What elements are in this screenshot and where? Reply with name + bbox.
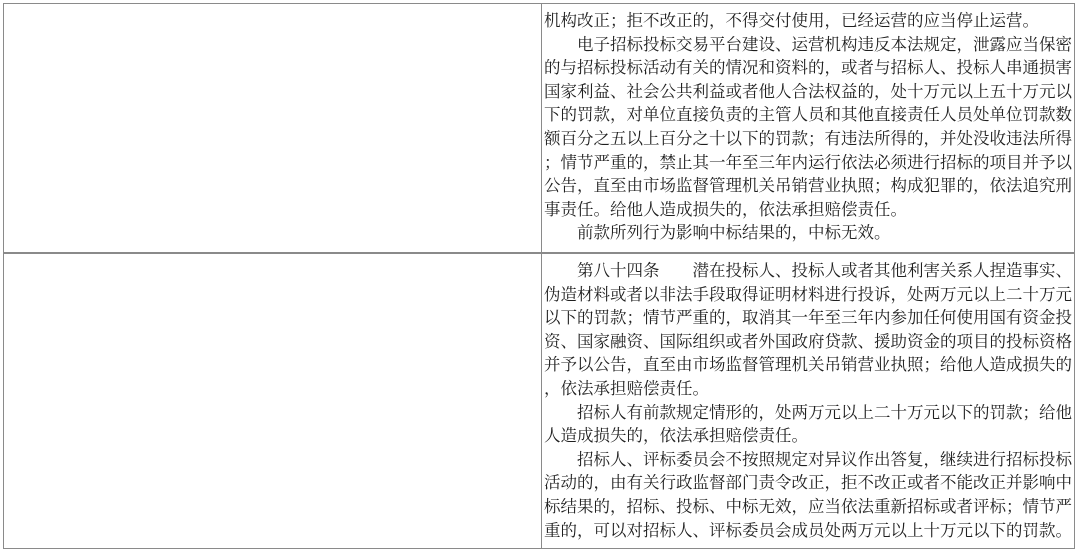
paragraph-row1-continuation: 机构改正；拒不改正的，不得交付使用，已经运营的应当停止运营。 bbox=[544, 9, 1072, 33]
paragraph-row1-platform-violation: 电子招标投标交易平台建设、运营机构违反本法规定，泄露应当保密的与招标投标活动有关… bbox=[544, 33, 1072, 222]
table-cell-row1-left-empty bbox=[4, 4, 541, 252]
table-cell-row2-left-empty bbox=[4, 252, 541, 548]
paragraph-row2-tenderer-penalty: 招标人有前款规定情形的，处两万元以上二十万元以下的罚款；给他人造成损失的，依法承… bbox=[544, 401, 1072, 448]
document-page: 机构改正；拒不改正的，不得交付使用，已经运营的应当停止运营。 电子招标投标交易平… bbox=[0, 0, 1080, 555]
paragraph-row2-committee-penalty: 招标人、评标委员会不按照规定对异议作出答复，继续进行招标投标活动的，由有关行政监… bbox=[544, 448, 1072, 542]
table-cell-row1-text: 机构改正；拒不改正的，不得交付使用，已经运营的应当停止运营。 电子招标投标交易平… bbox=[541, 4, 1074, 252]
table-cell-row2-text: 第八十四条 潜在投标人、投标人或者其他利害关系人捏造事实、伪造材料或者以非法手段… bbox=[541, 252, 1074, 548]
legal-table: 机构改正；拒不改正的，不得交付使用，已经运营的应当停止运营。 电子招标投标交易平… bbox=[3, 3, 1075, 549]
paragraph-row1-bid-invalid: 前款所列行为影响中标结果的，中标无效。 bbox=[544, 221, 1072, 245]
paragraph-row2-article-84: 第八十四条 潜在投标人、投标人或者其他利害关系人捏造事实、伪造材料或者以非法手段… bbox=[544, 259, 1072, 401]
